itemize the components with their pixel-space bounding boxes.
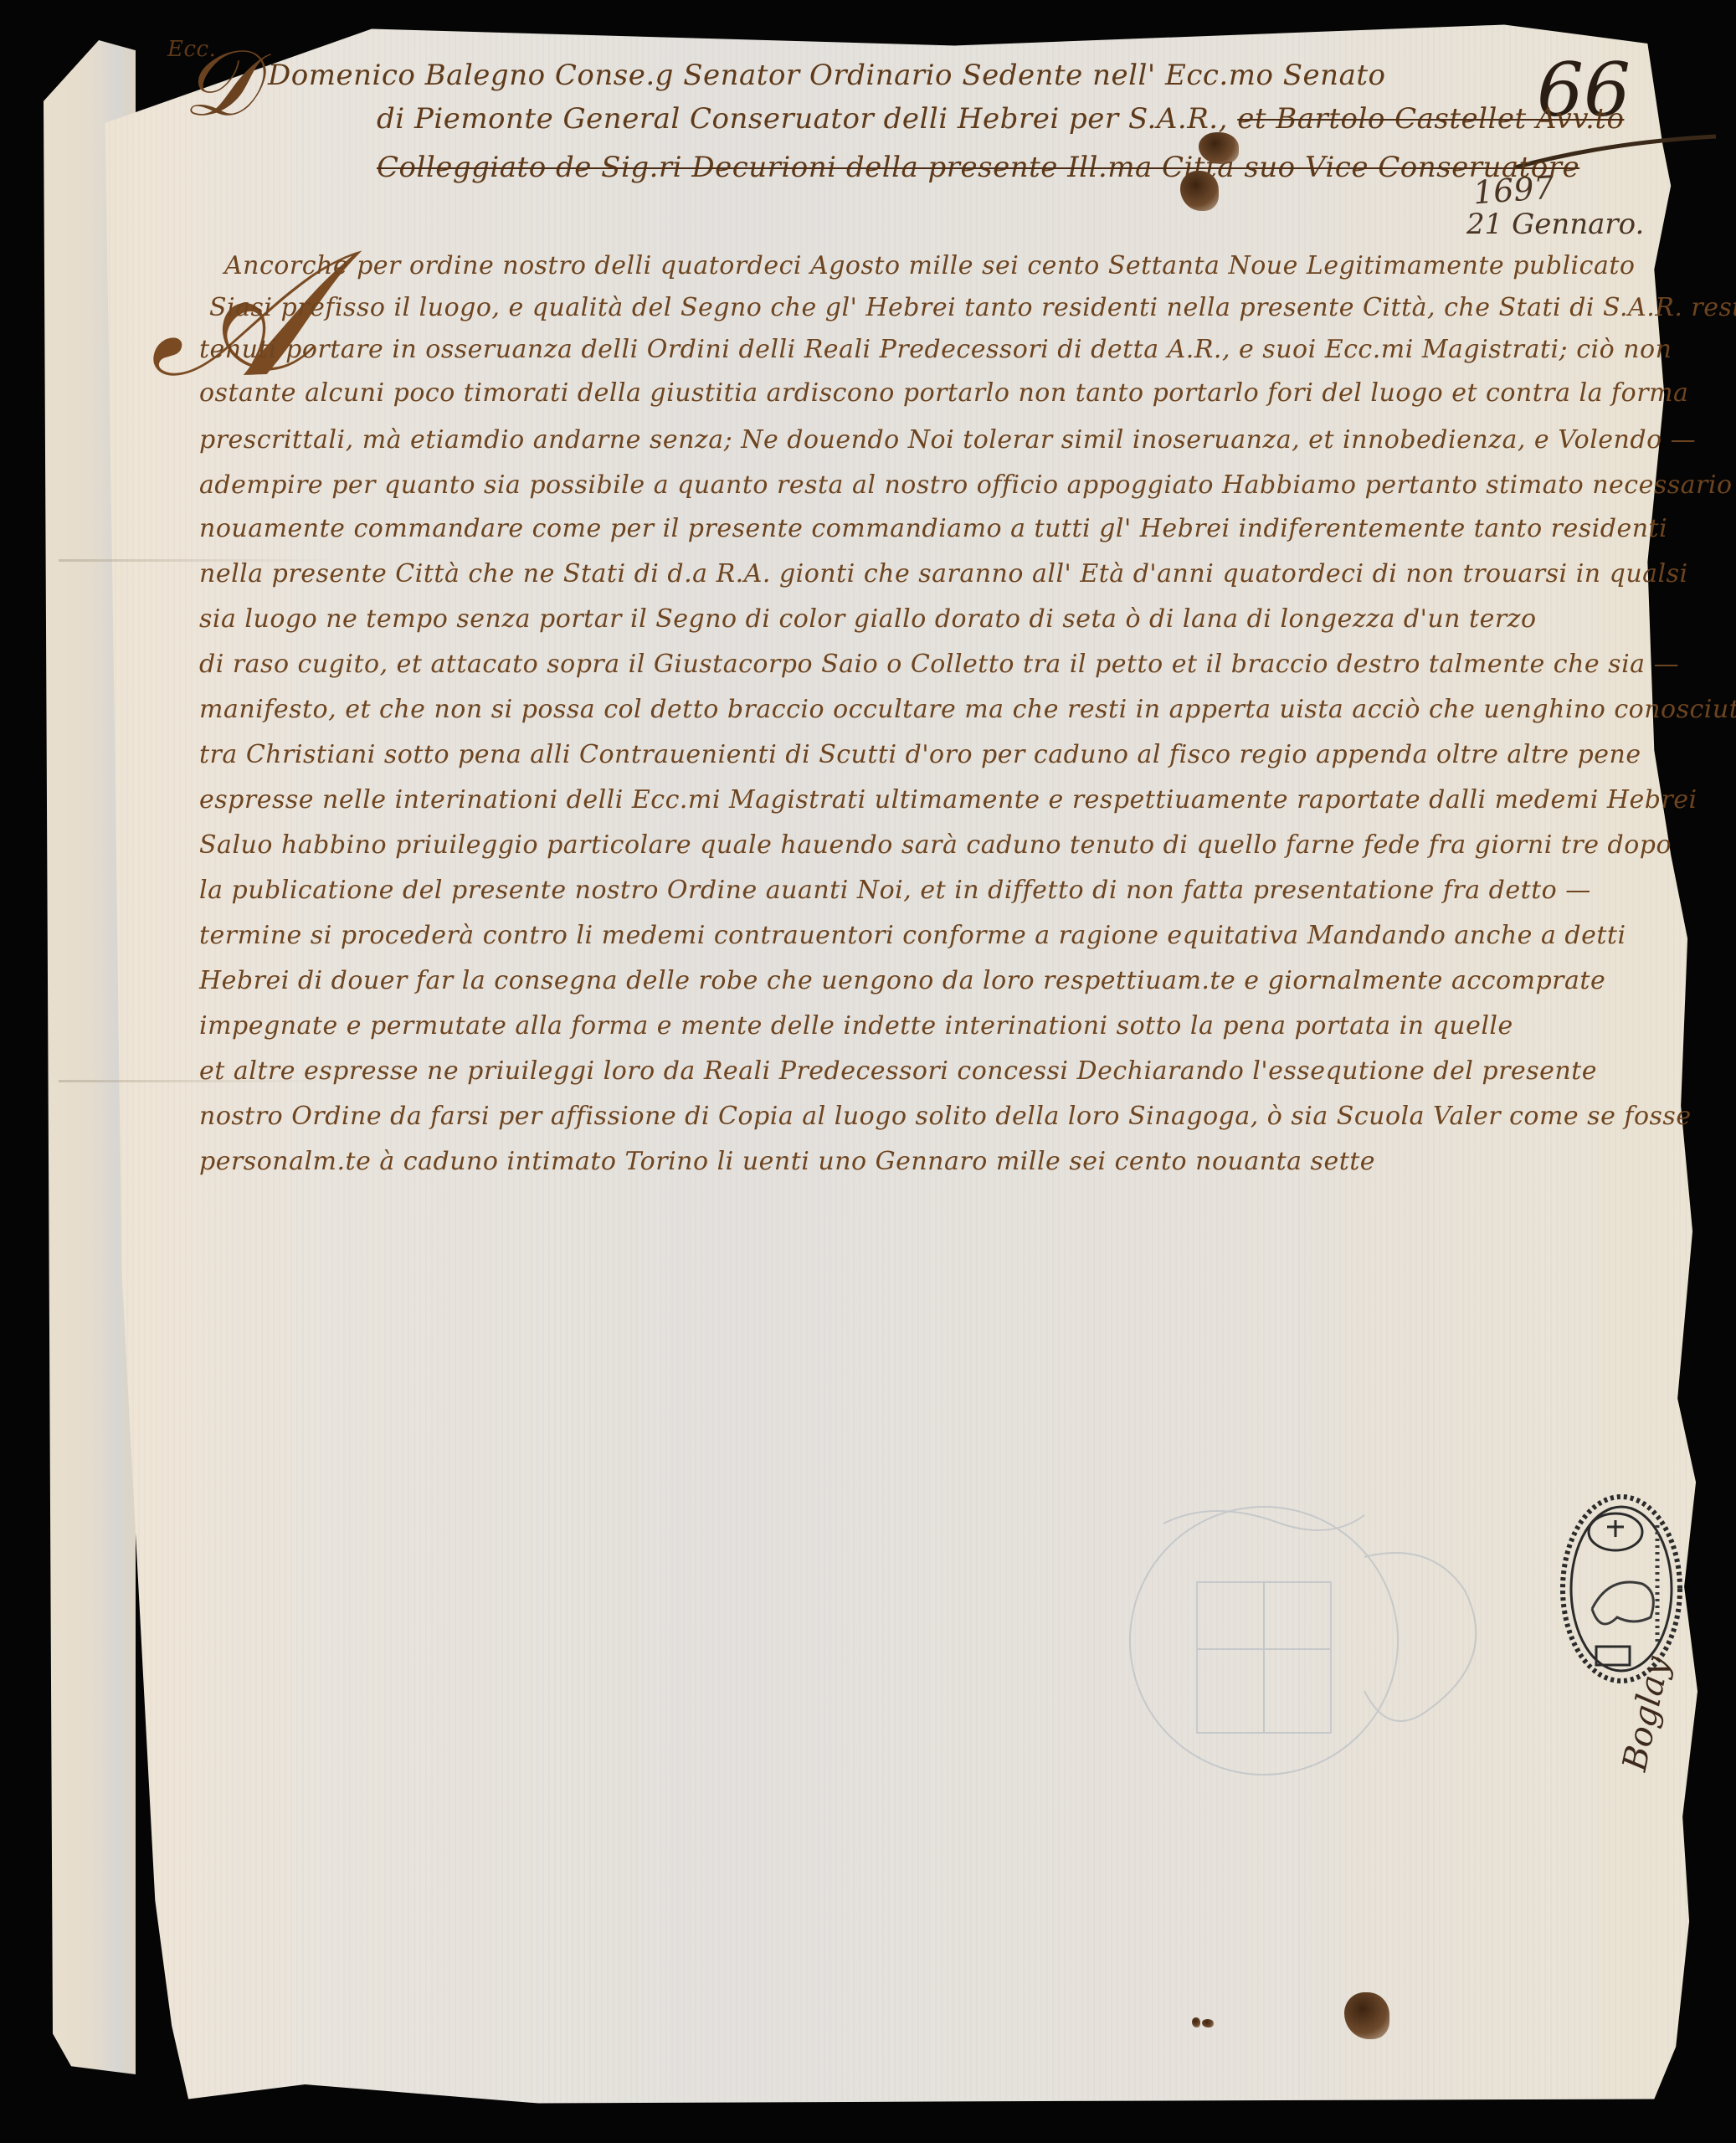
body-line-5: prescrittali, mà etiamdio andarne senza;… [199,425,1696,455]
body-line-17: Hebrei di douer far la consegna delle ro… [199,966,1605,995]
heading-line-3-struck: Colleggiato de Sig.ri Decurioni della pr… [377,151,1579,184]
body-line-7: nouamente commandare come per il present… [199,514,1667,543]
body-line-11: manifesto, et che non si possa col detto… [199,695,1736,724]
body-line-2: Siasi prefisso il luogo, e qualità del S… [209,293,1736,322]
body-line-14: Saluo habbino priuileggio particolare qu… [199,830,1672,860]
heading-line-1: Domenico Balegno Conse.g Senator Ordinar… [268,59,1385,92]
body-line-21: personalm.te à caduno intimato Torino li… [199,1147,1375,1176]
heading-line-2-text: di Piemonte General Conseruator delli He… [377,102,1228,136]
heading-line-2: di Piemonte General Conseruator delli He… [377,102,1624,136]
body-line-9: sia luogo ne tempo senza portar il Segno… [199,604,1537,634]
body-line-8: nella presente Città che ne Stati di d.a… [199,559,1688,588]
body-line-15: la publicatione del presente nostro Ordi… [199,876,1591,905]
heading-line-2-struck-text: et Bartolo Castellet Avv.to [1237,102,1624,136]
body-line-13: espresse nelle interinationi delli Ecc.m… [199,785,1697,815]
body-line-1: Ancorche per ordine nostro delli quatord… [224,251,1635,280]
body-line-10: di raso cugito, et attacato sopra il Giu… [199,650,1679,679]
body-line-12: tra Christiani sotto pena alli Contrauen… [199,740,1641,769]
ink-spot [1202,2019,1214,2027]
body-line-3: tenuti portare in osseruanza delli Ordin… [199,335,1672,364]
body-line-4: ostante alcuni poco timorati della giust… [199,378,1688,408]
oval-seal-stamp-icon [1559,1492,1684,1686]
body-line-16: termine si procederà contro li medemi co… [199,921,1626,950]
ink-spot [1192,2017,1200,2027]
body-line-19: et altre espresse ne priuileggi loro da … [199,1056,1597,1086]
body-line-6: adempire per quanto sia possibile a quan… [199,470,1733,500]
body-line-18: impegnate e permutate alla forma e mente… [199,1011,1513,1041]
watermark-coat-of-arms-icon [1113,1490,1549,1791]
date-day-month: 21 Gennaro. [1466,208,1644,241]
body-line-20: nostro Ordine da farsi per affissione di… [199,1102,1692,1131]
heading-prefix: Ecc. [167,37,216,62]
